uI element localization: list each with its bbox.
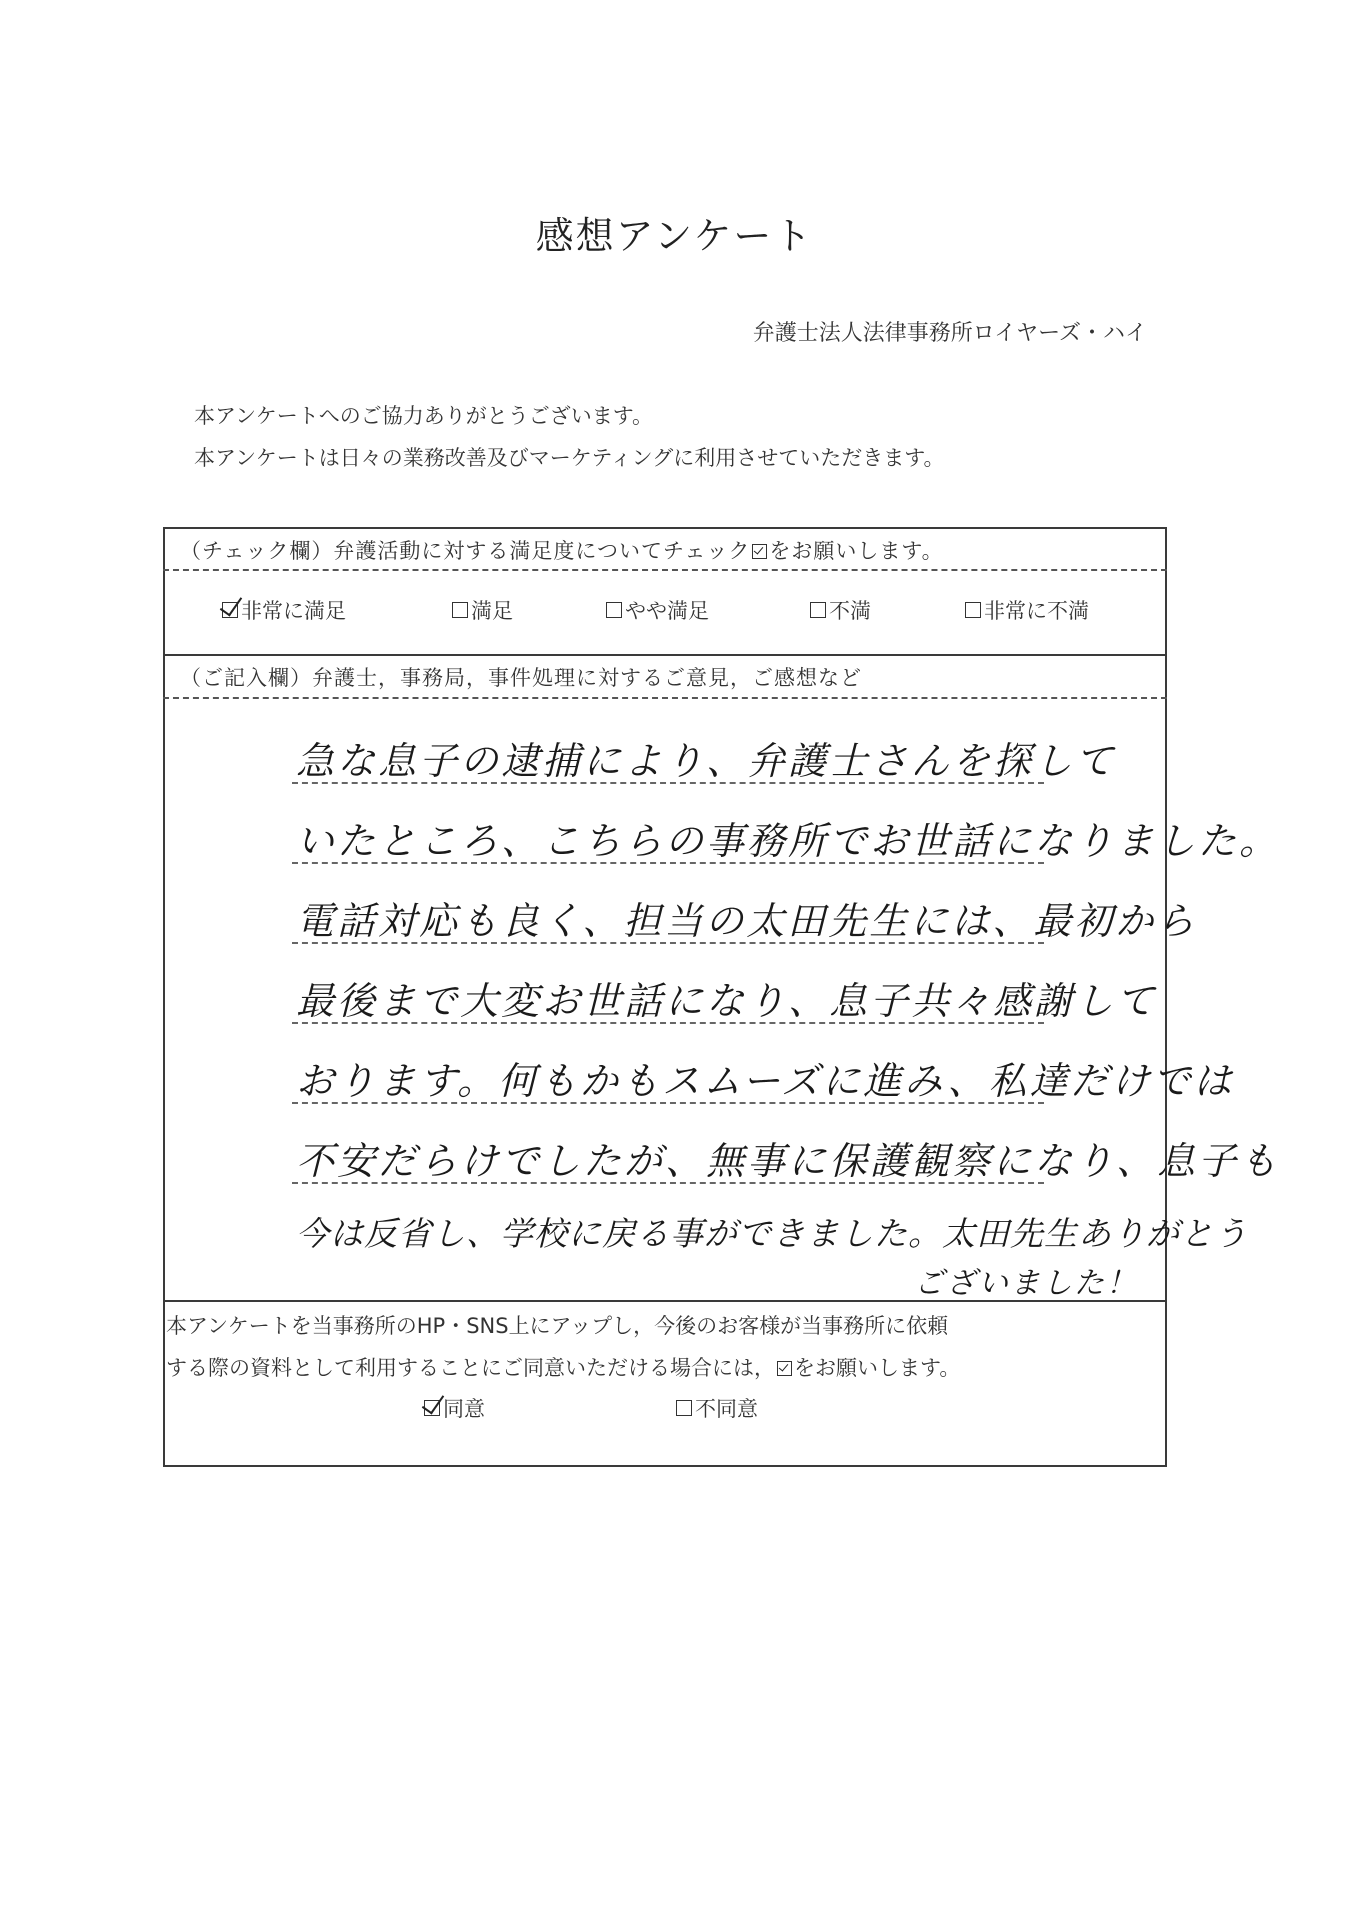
option-very-dissatisfied[interactable]: 非常に不満 — [965, 595, 1089, 625]
checkbox-icon[interactable] — [606, 602, 622, 618]
consent-text-line-1: 本アンケートを当事務所のHP・SNS上にアップし，今後のお客様が当事務所に依頼 — [166, 1310, 948, 1340]
handwritten-line-6: 不安だらけでしたが、無事に保護観察になり、息子も — [296, 1130, 1280, 1185]
option-agree[interactable]: 同意 — [424, 1393, 485, 1423]
option-label: 不満 — [829, 595, 871, 625]
handwritten-line-5: おります。何もかもスムーズに進み、私達だけでは — [296, 1050, 1234, 1105]
option-dissatisfied[interactable]: 不満 — [810, 595, 871, 625]
option-label: 非常に満足 — [241, 595, 346, 625]
divider-solid — [163, 1300, 1167, 1302]
option-label: 満足 — [471, 595, 513, 625]
satisfaction-label-suffix: をお願いします。 — [769, 539, 943, 563]
option-satisfied[interactable]: 満足 — [452, 595, 513, 625]
option-disagree[interactable]: 不同意 — [676, 1393, 758, 1423]
intro-line-1: 本アンケートへのご協力ありがとうございます。 — [194, 400, 653, 430]
satisfaction-label-text: （チェック欄）弁護活動に対する満足度についてチェック — [180, 539, 750, 563]
checkbox-icon[interactable] — [676, 1400, 692, 1416]
handwritten-line-3: 電話対応も良く、担当の太田先生には、最初から — [296, 890, 1197, 945]
divider-dashed — [163, 569, 1167, 571]
option-very-satisfied[interactable]: 非常に満足 — [222, 595, 346, 625]
checkbox-example-icon — [777, 1361, 792, 1376]
writing-guide-line — [292, 1022, 1044, 1024]
consent-text-line-2: する際の資料として利用することにご同意いただける場合には，をお願いします。 — [166, 1352, 960, 1382]
organization-name: 弁護士法人法律事務所ロイヤーズ・ハイ — [753, 316, 1147, 347]
handwritten-line-8: ございました！ — [914, 1258, 1138, 1302]
handwritten-line-7: 今は反省し、学校に戻る事ができました。太田先生ありがとう — [296, 1208, 1248, 1255]
consent-text: する際の資料として利用することにご同意いただける場合には， — [166, 1356, 775, 1380]
divider-solid — [163, 654, 1167, 656]
comments-section-label: （ご記入欄）弁護士，事務局，事件処理に対するご意見，ご感想など — [180, 662, 862, 692]
option-label: 非常に不満 — [984, 595, 1089, 625]
checkbox-icon[interactable] — [452, 602, 468, 618]
checkbox-icon[interactable] — [965, 602, 981, 618]
option-somewhat-satisfied[interactable]: やや満足 — [606, 595, 709, 625]
page-title: 感想アンケート — [0, 205, 1349, 260]
writing-guide-line — [292, 1102, 1044, 1104]
intro-line-2: 本アンケートは日々の業務改善及びマーケティングに利用させていただきます。 — [194, 442, 945, 472]
satisfaction-section-label: （チェック欄）弁護活動に対する満足度についてチェックをお願いします。 — [180, 535, 944, 565]
checkbox-checked-icon[interactable] — [222, 602, 238, 618]
handwritten-line-4: 最後まで大変お世話になり、息子共々感謝して — [296, 970, 1157, 1025]
checkbox-example-icon — [752, 544, 767, 559]
checkbox-checked-icon[interactable] — [424, 1400, 440, 1416]
option-label: やや満足 — [625, 595, 709, 625]
writing-guide-line — [292, 1182, 1044, 1184]
handwritten-line-1: 急な息子の逮捕により、弁護士さんを探して — [296, 730, 1116, 785]
writing-guide-line — [292, 942, 1044, 944]
writing-guide-line — [292, 782, 1044, 784]
option-label: 不同意 — [695, 1393, 758, 1423]
writing-guide-line — [292, 862, 1044, 864]
option-label: 同意 — [443, 1393, 485, 1423]
divider-dashed — [163, 697, 1167, 699]
handwritten-line-2: いたところ、こちらの事務所でお世話になりました。 — [296, 810, 1280, 865]
checkbox-icon[interactable] — [810, 602, 826, 618]
consent-text-suffix: をお願いします。 — [794, 1356, 960, 1380]
